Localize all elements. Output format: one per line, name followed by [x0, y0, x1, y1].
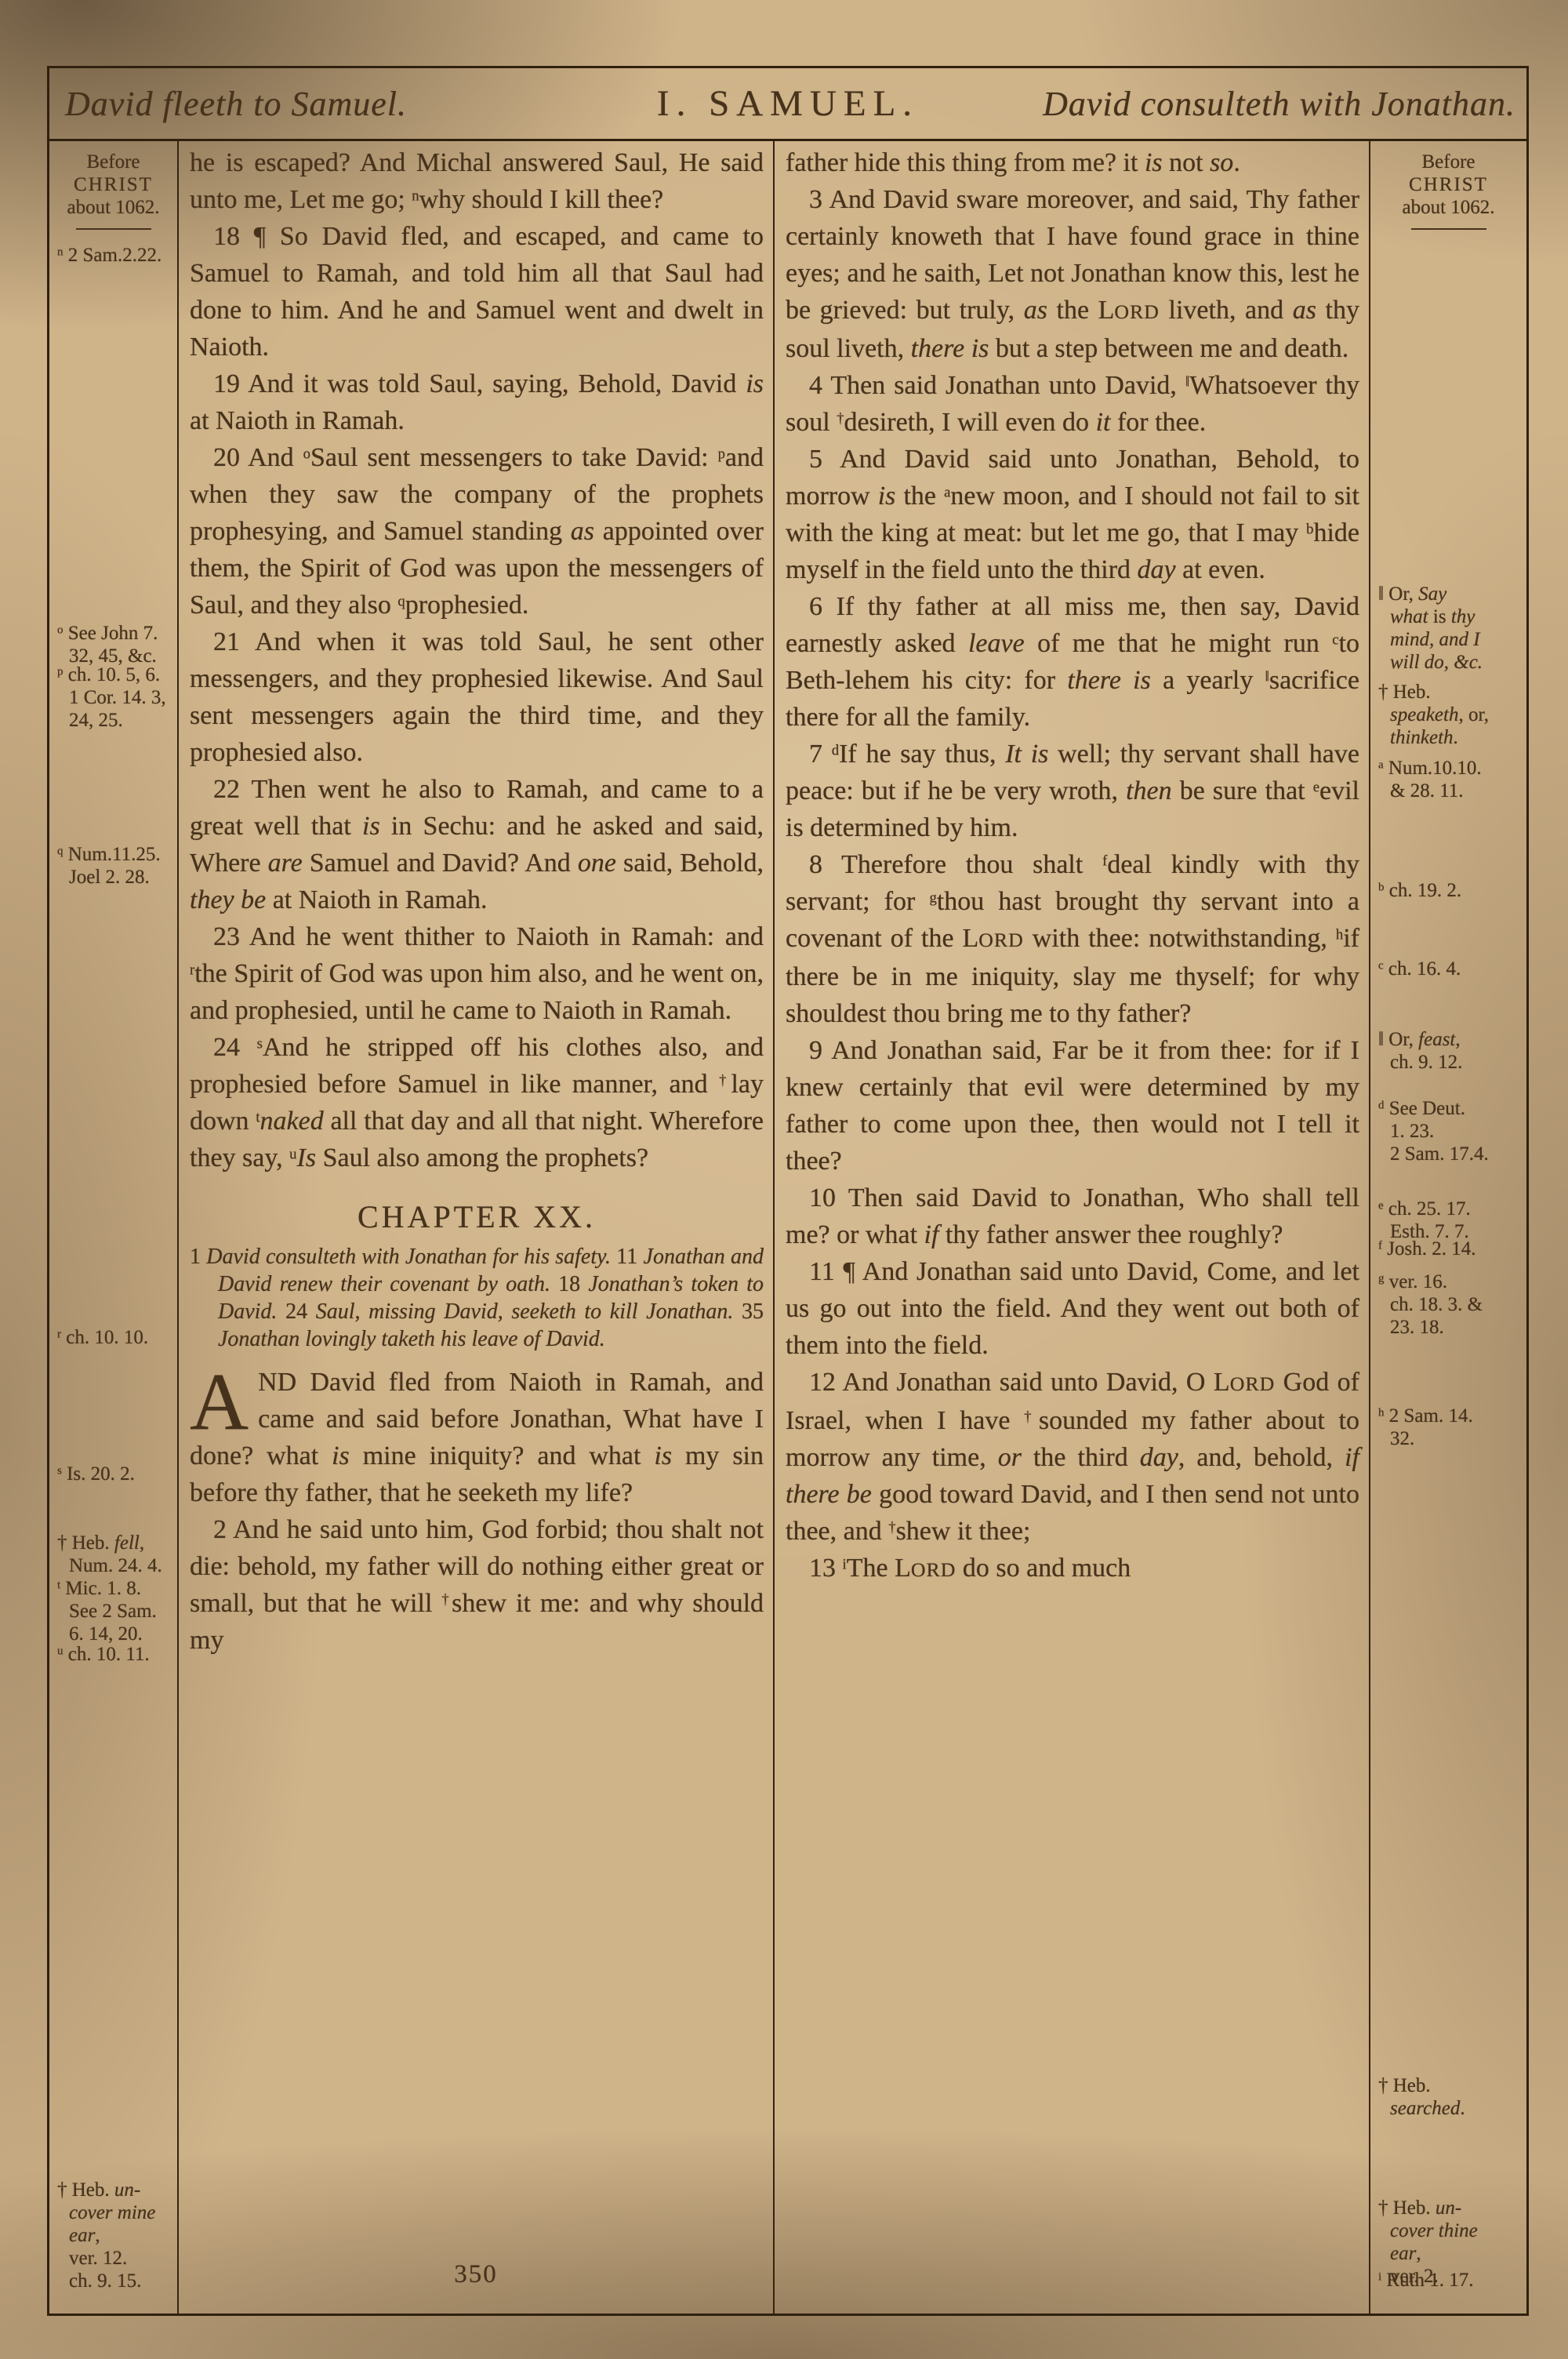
verse-paragraph: 21 And when it was told Saul, he sent ot… — [190, 623, 764, 771]
margin-note: n 2 Sam.2.22. — [57, 244, 176, 267]
margin-note: i Ruth 1. 17. — [1378, 2269, 1525, 2292]
verse-paragraph: 11 ¶ And Jonathan said unto David, Come,… — [786, 1253, 1359, 1364]
margin-note: a Num.10.10.& 28. 11. — [1378, 757, 1525, 802]
before-christ-heading: BeforeCHRISTabout 1062. — [1370, 151, 1526, 219]
before-christ-rule — [76, 228, 151, 230]
page-frame: David fleeth to Samuel. I. SAMUEL. David… — [47, 66, 1529, 2316]
chapter-summary: 1 David consulteth with Jonathan for his… — [190, 1243, 764, 1353]
chapter-heading: CHAPTER XX. — [190, 1198, 764, 1235]
margin-note: † Heb. fell,Num. 24. 4. — [57, 1532, 176, 1577]
margin-note: ‖ Or, feast,ch. 9. 12. — [1378, 1028, 1525, 1074]
margin-note: r ch. 10. 10. — [57, 1326, 176, 1349]
margin-note: c ch. 16. 4. — [1378, 958, 1525, 980]
margin-note: ‖ Or, Saywhat is thymind, and Iwill do, … — [1378, 583, 1525, 674]
margin-note: e ch. 25. 17.Esth. 7. 7. — [1378, 1198, 1525, 1243]
bible-page: David fleeth to Samuel. I. SAMUEL. David… — [0, 0, 1568, 2359]
margin-note: p ch. 10. 5, 6.1 Cor. 14. 3,24, 25. — [57, 663, 176, 732]
verse-paragraph: 6 If thy father at all miss me, then say… — [786, 588, 1359, 736]
verse-paragraph: 19 And it was told Saul, saying, Behold,… — [190, 365, 764, 439]
book-title: I. SAMUEL. — [49, 82, 1526, 125]
page-header: David fleeth to Samuel. I. SAMUEL. David… — [49, 68, 1526, 141]
margin-note: † Heb. un-cover mineear,ver. 12.ch. 9. 1… — [57, 2179, 176, 2292]
margin-note: o See John 7.32, 45, &c. — [57, 622, 176, 667]
right-margin-column: BeforeCHRISTabout 1062. ‖ Or, Saywhat is… — [1370, 141, 1526, 2314]
margin-note: † Heb.searched. — [1378, 2074, 1525, 2120]
margin-note: b ch. 19. 2. — [1378, 879, 1525, 902]
margin-note: d See Deut.1. 23.2 Sam. 17.4. — [1378, 1097, 1525, 1165]
before-christ-heading: BeforeCHRISTabout 1062. — [49, 151, 177, 219]
page-number: 350 — [179, 2256, 773, 2293]
verse-paragraph: 18 ¶ So David fled, and escaped, and cam… — [190, 218, 764, 365]
verse-paragraph: 12 And Jonathan said unto David, O LORD … — [786, 1364, 1359, 1550]
verse-paragraph: he is escaped? And Michal answered Saul,… — [190, 144, 764, 218]
verse-paragraph: 24 sAnd he stripped off his clothes also… — [190, 1029, 764, 1176]
verse-paragraph: 10 Then said David to Jonathan, Who shal… — [786, 1179, 1359, 1253]
verse-paragraph: 20 And oSaul sent messengers to take Dav… — [190, 439, 764, 623]
margin-note: q Num.11.25.Joel 2. 28. — [57, 843, 176, 889]
margin-note: u ch. 10. 11. — [57, 1643, 176, 1666]
verse-paragraph: father hide this thing from me? it is no… — [786, 144, 1359, 181]
verse-paragraph: 8 Therefore thou shalt fdeal kindly with… — [786, 846, 1359, 1032]
text-column-1: he is escaped? And Michal answered Saul,… — [179, 141, 775, 2314]
margin-note: † Heb.speaketh, or,thinketh. — [1378, 681, 1525, 749]
before-christ-rule — [1411, 228, 1486, 230]
margin-note: t Mic. 1. 8.See 2 Sam.6. 14, 20. — [57, 1577, 176, 1645]
text-column-2: father hide this thing from me? it is no… — [775, 141, 1370, 2314]
verse-paragraph: 22 Then went he also to Ramah, and came … — [190, 771, 764, 918]
drop-cap: A — [190, 1364, 258, 1433]
verse-paragraph: 13 iThe LORD do so and much — [786, 1550, 1359, 1588]
verse-paragraph: 7 dIf he say thus, It is well; thy serva… — [786, 736, 1359, 846]
verse-paragraph: 5 And David said unto Jonathan, Behold, … — [786, 441, 1359, 588]
verse-paragraph: 3 And David sware moreover, and said, Th… — [786, 181, 1359, 367]
left-margin-column: BeforeCHRISTabout 1062. n 2 Sam.2.22. o … — [49, 141, 179, 2314]
verse-paragraph: 9 And Jonathan said, Far be it from thee… — [786, 1032, 1359, 1179]
margin-note: f Josh. 2. 14. — [1378, 1238, 1525, 1260]
margin-note: g ver. 16.ch. 18. 3. &23. 18. — [1378, 1270, 1525, 1339]
verse-paragraph: 23 And he went thither to Naioth in Rama… — [190, 918, 764, 1029]
verse-paragraph: 2 And he said unto him, God forbid; thou… — [190, 1511, 764, 1659]
margin-note: h 2 Sam. 14.32. — [1378, 1405, 1525, 1450]
margin-note: s Is. 20. 2. — [57, 1463, 176, 1485]
verse-paragraph: AND David fled from Naioth in Ramah, and… — [190, 1364, 764, 1511]
page-content: BeforeCHRISTabout 1062. n 2 Sam.2.22. o … — [49, 141, 1526, 2314]
verse-paragraph: 4 Then said Jonathan unto David, ‖Whatso… — [786, 367, 1359, 441]
